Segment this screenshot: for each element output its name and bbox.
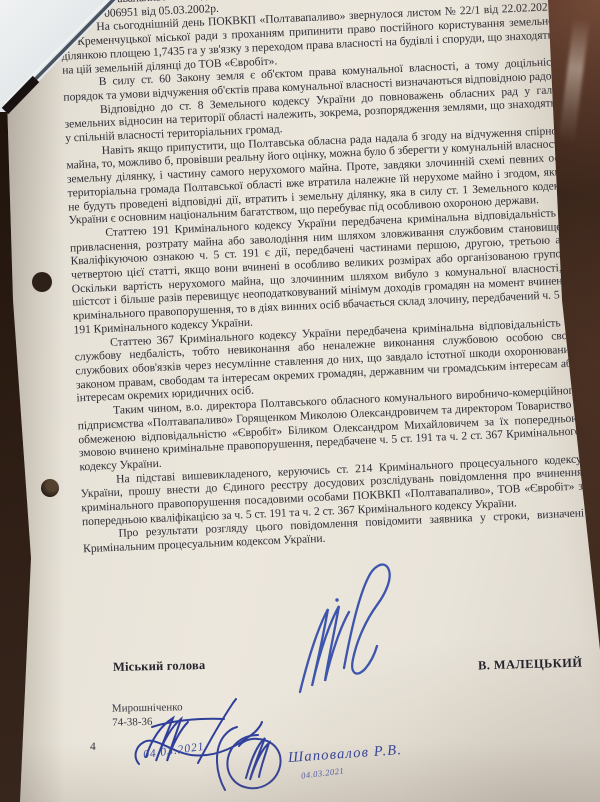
hole-punch-top bbox=[32, 272, 52, 292]
third-signature bbox=[217, 727, 281, 790]
executor-block: Мирошніченко 74-38-36 bbox=[112, 701, 183, 729]
document-page: ВКП «Полтавапаливо» на підставі державно… bbox=[0, 0, 600, 802]
table-highlight-streak bbox=[558, 17, 589, 143]
handwritten-date-right: 04.03.2021 bbox=[301, 765, 345, 780]
executor-phone: 74-38-36 bbox=[112, 715, 183, 730]
handwritten-name-right: Шаповалов Р.В. bbox=[288, 742, 403, 767]
photo-background: ВКП «Полтавапаливо» на підставі державно… bbox=[0, 0, 600, 802]
mayor-signature bbox=[300, 565, 390, 692]
document-body-text: ВКП «Полтавапаливо» на підставі державно… bbox=[59, 0, 585, 556]
handwritten-date-left: 04.03.2021 bbox=[142, 741, 205, 761]
executor-name: Мирошніченко bbox=[112, 701, 183, 716]
page-number: 4 bbox=[90, 741, 96, 753]
signer-position-title: Міський голова bbox=[113, 658, 206, 675]
paragraph: Статтею 191 Кримінального кодексу Україн… bbox=[69, 206, 575, 337]
hole-punch-bottom bbox=[41, 479, 59, 497]
signer-name: В. МАЛЕЦЬКИЙ bbox=[478, 656, 583, 674]
